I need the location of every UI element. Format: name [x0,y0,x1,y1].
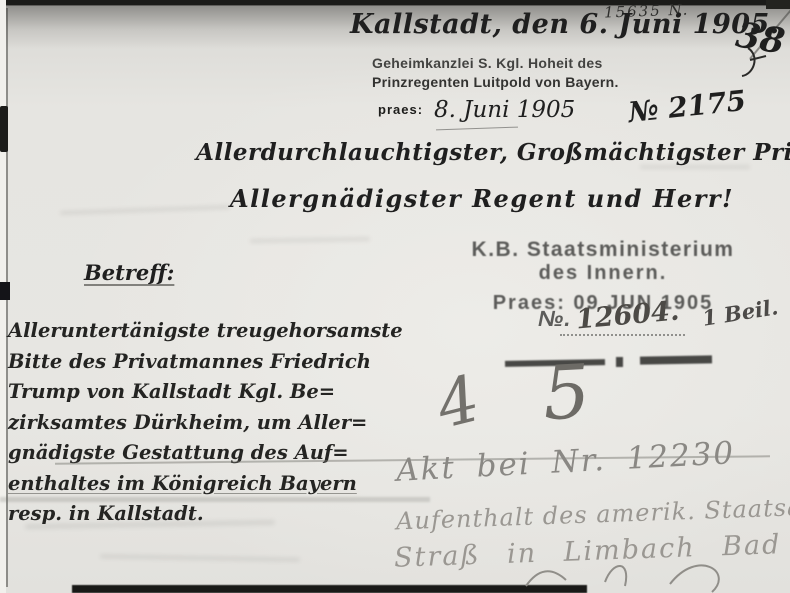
bleed-through-mark [60,205,230,215]
subject-text: Alleruntertänigste treugehorsamste Bitte… [8,316,403,530]
scanned-letter-page: 15635 N. 38 Kallstadt, den 6. Juni 1905.… [0,0,790,593]
ministry-stamp-line2: des Innern. [428,262,778,285]
scan-bottom-edge [72,585,587,593]
chancellery-stamp-line1: Geheimkanzlei S. Kgl. Hoheit des [372,54,619,73]
subject-line: Bitte des Privatmannes Friedrich [8,347,403,378]
subject-line: resp. in Kallstadt. [8,499,403,530]
chancellery-stamp-line2: Prinzregenten Luitpold von Bayern. [372,73,619,92]
dateline: Kallstadt, den 6. Juni 1905. [350,9,780,40]
scan-edge-mark [0,282,10,300]
scan-corner-mark [766,0,790,9]
chancellery-stamp: Geheimkanzlei S. Kgl. Hoheit des Prinzre… [372,54,619,92]
subject-line: Trump von Kallstadt Kgl. Be= [8,377,403,408]
salutation-line1: Allerdurchlauchtigster, Großmächtigster … [196,139,790,166]
pencil-flourish [520,554,750,593]
smudged-stamp [640,355,712,364]
pencil-note-subject: Aufenthalt des amerik. Staatsangeh. [396,491,790,536]
pen-underline [436,127,518,131]
praes-stamp-label: praes: [378,102,423,117]
subject-label: Betreff: [84,260,174,285]
ministry-stamp-number-label: №. [538,306,571,332]
pencil-note-file-number: Akt bei Nr. 12230 [395,435,736,489]
pen-flourish [734,46,774,80]
bleed-through-mark [100,554,300,561]
reference-number: № 2175 [627,84,748,129]
praes-date-handwritten: 8. Juni 1905 [434,97,575,123]
ministry-stamp-line1: K.B. Staatsministerium [428,238,778,262]
scan-edge-mark [0,106,8,152]
subject-line: Alleruntertänigste treugehorsamste [8,316,403,347]
smudged-stamp [616,357,623,367]
pencil-number-5: 5 [541,349,593,437]
bleed-through-mark [250,237,370,243]
subject-line-underlined: enthaltes im Königreich Bayern [8,469,403,500]
subject-line: zirksamtes Dürkheim, um Aller= [8,408,403,439]
pencil-number-4: 4 [430,362,487,444]
salutation-line2: Allergnädigster Regent und Herr! [230,184,734,213]
